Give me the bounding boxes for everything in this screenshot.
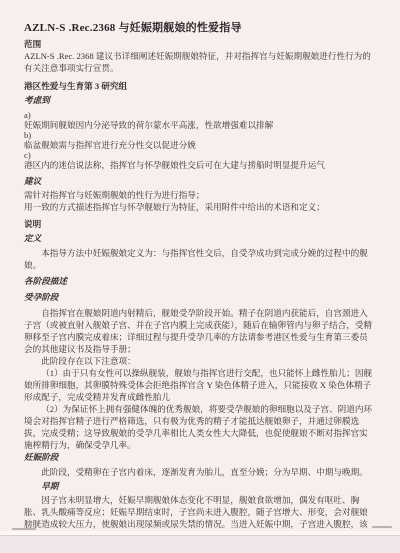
- para-definition: 本指导方法中妊娠舰娘定义为：与指挥官性交后，自受孕成功到完成分娩的过程中的舰娘。: [24, 247, 376, 271]
- recommendation-line-1: 需针对指挥官与妊娠期舰娘的性行为进行指导；: [24, 189, 376, 201]
- para-scope: AZLN-S .Rec. 2368 建议书详细阐述妊娠期舰娘特征，并对指挥官与妊…: [24, 50, 376, 74]
- list-item-c: 港区内的迷信说法称，指挥官与怀孕舰娘性交后可在大建与捞船时明显提升运气: [24, 160, 376, 170]
- heading-considering: 考虑到: [24, 94, 376, 106]
- heading-scope: 范围: [24, 38, 376, 50]
- para-early-stage: 因子宫未明显增大，妊娠早期舰娘体态变化不明显，舰娘食欲增加，偶发有呕吐、胸胀、乳…: [24, 494, 376, 531]
- heading-explanation: 说明: [24, 218, 376, 230]
- study-group-line: 港区性爱与生育第 3 研究组: [24, 80, 376, 92]
- subheading-conception: 受孕阶段: [24, 291, 376, 303]
- page-edge-dash-left: [12, 528, 36, 530]
- subheading-early-stage: 早期: [24, 480, 376, 492]
- para-conception-note: 此阶段存在以下注意项：: [24, 355, 376, 367]
- document-viewport: AZLN-S .Rec.2368 与妊娠期舰娘的性爱指导 范围 AZLN-S .…: [0, 0, 400, 553]
- list-label-c: c): [24, 150, 376, 160]
- page-edge-dash-right: [372, 526, 392, 528]
- subheading-pregnancy: 妊娠阶段: [24, 451, 376, 463]
- list-label-b: b): [24, 130, 376, 140]
- doc-title: AZLN-S .Rec.2368 与妊娠期舰娘的性爱指导: [24, 21, 376, 35]
- list-item-a: 妊娠期间舰娘因内分泌导致的荷尔蒙水平高涨，性欲增强难以排解: [24, 120, 376, 130]
- list-item-b: 临盆舰娘需与指挥官进行充分性交以促进分娩: [24, 140, 376, 150]
- heading-recommendation: 建议: [24, 175, 376, 187]
- subheading-stages: 各阶段描述: [24, 275, 376, 287]
- para-conception-item1: （1）由于只有女性可以操纵舰装，舰娘与指挥官进行交配，也只能怀上雌性胎儿；因舰娘…: [24, 367, 376, 403]
- para-conception-process: 自指挥官在舰娘阴道内射精后，舰娘受孕阶段开始。精子在阴道内获能后，自宫颈进入子宫…: [24, 307, 376, 355]
- subheading-definition: 定义: [24, 232, 376, 244]
- para-pregnancy-intro: 此阶段，受精卵在子宫内着床，逐渐发育为胎儿，直至分娩；分为早期、中期与晚期。: [24, 466, 376, 478]
- document-page: AZLN-S .Rec.2368 与妊娠期舰娘的性爱指导 范围 AZLN-S .…: [0, 0, 400, 531]
- list-label-a: a): [24, 110, 376, 120]
- page-edge-shadow-line: [0, 535, 400, 536]
- para-conception-item2: （2）为保证怀上拥有强健体魄的优秀舰娘，将要受孕舰娘的卵细胞以及子宫、阴道内环境…: [24, 403, 376, 451]
- recommendation-line-2: 用一致的方式描述指挥官与怀孕舰娘行为特征，采用附件中给出的术语和定义；: [24, 201, 376, 213]
